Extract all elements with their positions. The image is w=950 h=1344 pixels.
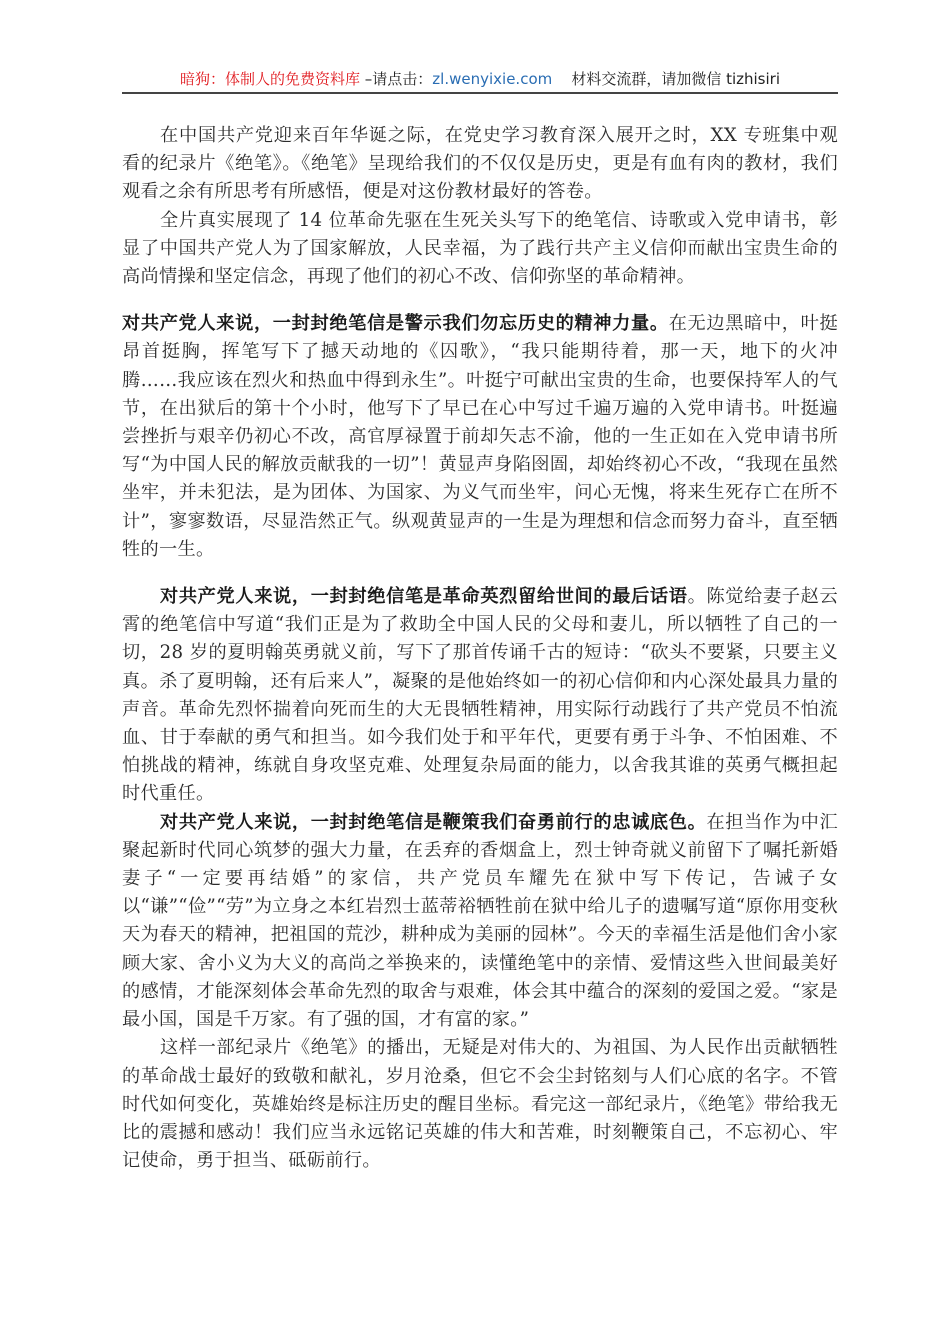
paragraph-lead: 对共产党人来说，一封封绝笔信是鞭策我们奋勇前行的忠诚底色。 (160, 812, 706, 833)
paragraph-lead: 对共产党人来说，一封封绝笔信是警示我们勿忘历史的精神力量。 (122, 313, 669, 334)
paragraph-loyalty: 对共产党人来说，一封封绝笔信是鞭策我们奋勇前行的忠诚底色。在担当作为中汇聚起新时… (122, 809, 838, 1035)
paragraph-summary: 全片真实展现了 14 位革命先驱在生死关头写下的绝笔信、诗歌或入党申请书，彰显了… (122, 207, 838, 292)
paragraph-text: 在中国共产党迎来百年华诞之际，在党史学习教育深入展开之时，XX 专班集中观看的纪… (122, 125, 838, 202)
document-body: 在中国共产党迎来百年华诞之际，在党史学习教育深入展开之时，XX 专班集中观看的纪… (122, 122, 838, 1175)
header-divider (122, 92, 838, 94)
site-name: 暗狗：体制人的免费资料库 (180, 70, 360, 88)
paragraph-text: 在无边黑暗中，叶挺昂首挺胸，挥笔写下了撼天动地的《囚歌》，“我只能期待着，那一天… (122, 313, 838, 560)
header-banner: 暗狗：体制人的免费资料库 –请点击：zl.wenyixie.com 材料交流群，… (122, 66, 838, 92)
paragraph-conclusion: 这样一部纪录片《绝笔》的播出，无疑是对伟大的、为祖国、为人民作出贡献牺牲的革命战… (122, 1034, 838, 1175)
paragraph-spiritual-power: 对共产党人来说，一封封绝笔信是警示我们勿忘历史的精神力量。在无边黑暗中，叶挺昂首… (122, 310, 838, 564)
paragraph-last-words: 对共产党人来说，一封封绝信笔是革命英烈留给世间的最后话语。陈觉给妻子赵云霄的绝笔… (122, 583, 838, 809)
paragraph-intro: 在中国共产党迎来百年华诞之际，在党史学习教育深入展开之时，XX 专班集中观看的纪… (122, 122, 838, 207)
paragraph-lead: 对共产党人来说，一封封绝信笔是革命英烈留给世间的最后话语 (160, 586, 688, 607)
click-prompt: –请点击： (360, 70, 432, 88)
paragraph-text: 全片真实展现了 14 位革命先驱在生死关头写下的绝笔信、诗歌或入党申请书，彰显了… (122, 210, 838, 287)
paragraph-text: 在担当作为中汇聚起新时代同心筑梦的强大力量，在丢弃的香烟盒上，烈士钟奇就义前留下… (122, 812, 838, 1030)
paragraph-text: 这样一部纪录片《绝笔》的播出，无疑是对伟大的、为祖国、为人民作出贡献牺牲的革命战… (122, 1037, 838, 1171)
site-link[interactable]: zl.wenyixie.com (432, 70, 552, 88)
wechat-note: 材料交流群，请加微信 tizhisiri (571, 70, 780, 88)
paragraph-text: 。陈觉给妻子赵云霄的绝笔信中写道“我们正是为了救助全中国人民的父母和妻儿，所以牺… (122, 586, 838, 804)
